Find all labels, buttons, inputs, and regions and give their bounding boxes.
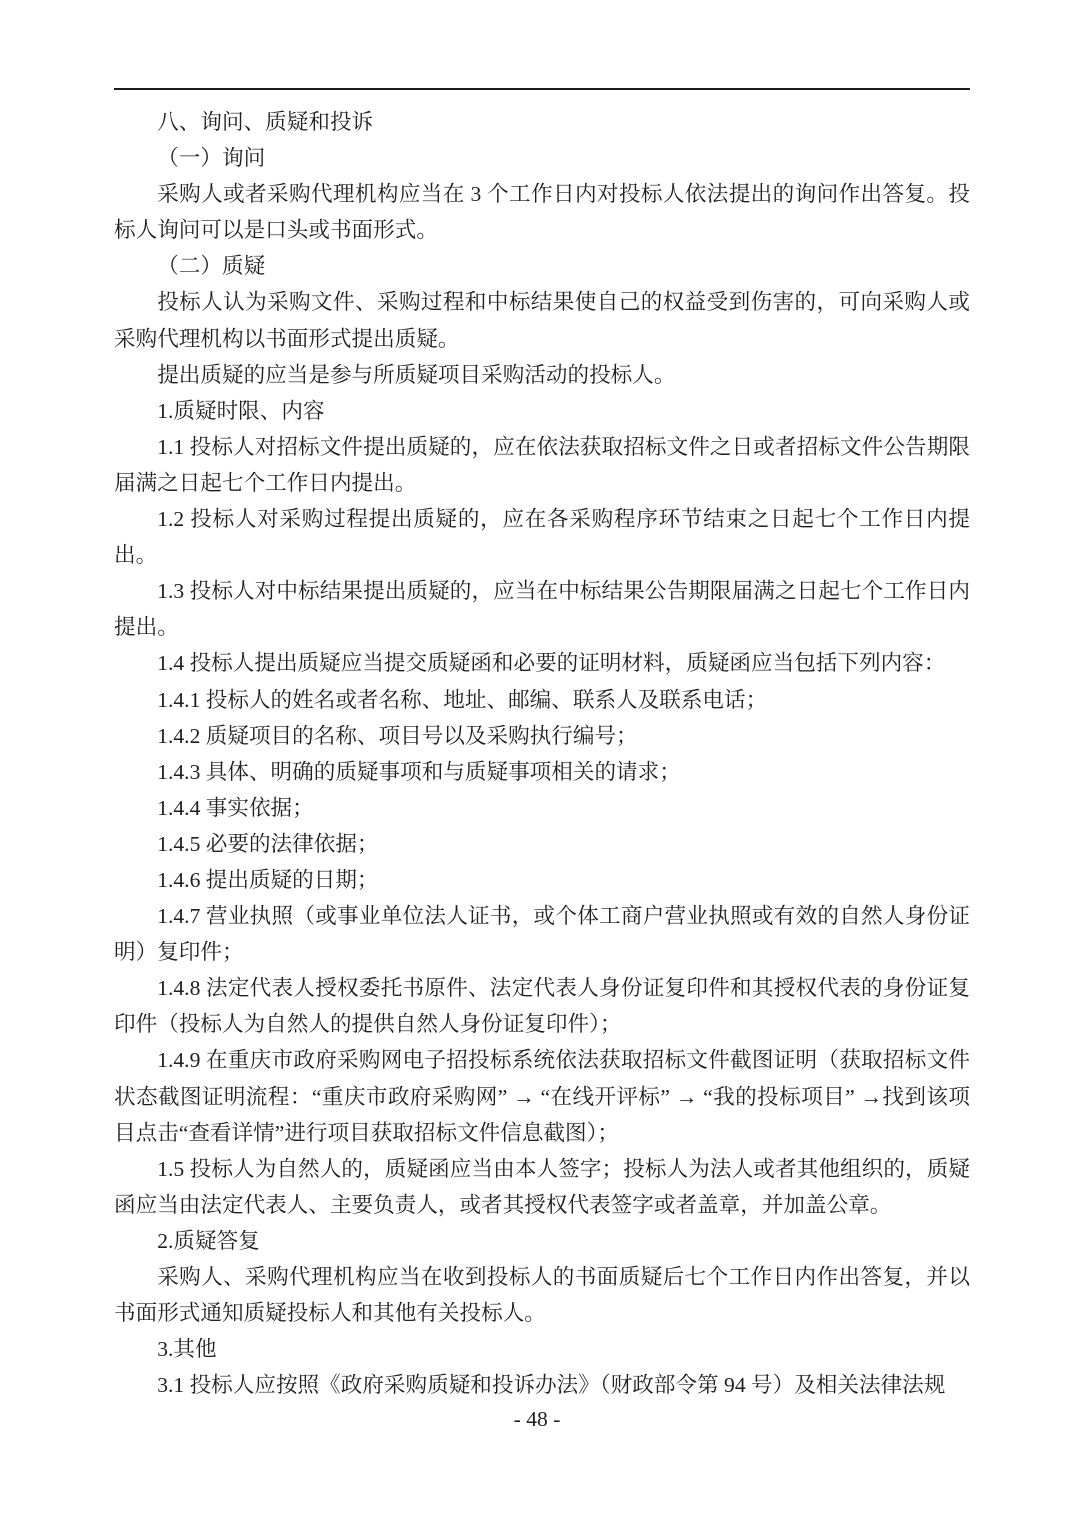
- paragraph: （二）质疑: [114, 248, 970, 284]
- paragraph: 1.4.8 法定代表人授权委托书原件、法定代表人身份证复印件和其授权代表的身份证…: [114, 970, 970, 1042]
- paragraph: 1.2 投标人对采购过程提出质疑的，应在各采购程序环节结束之日起七个工作日内提出…: [114, 501, 970, 573]
- paragraph: 采购人或者采购代理机构应当在 3 个工作日内对投标人依法提出的询问作出答复。投标…: [114, 176, 970, 248]
- document-body: 八、询问、质疑和投诉 （一）询问采购人或者采购代理机构应当在 3 个工作日内对投…: [114, 104, 970, 1403]
- paragraph: 提出质疑的应当是参与所质疑项目采购活动的投标人。: [114, 357, 970, 393]
- header-rule: [114, 88, 970, 90]
- paragraph: 1.4.3 具体、明确的质疑事项和与质疑事项相关的请求；: [114, 754, 970, 790]
- paragraph: 1.3 投标人对中标结果提出质疑的，应当在中标结果公告期限届满之日起七个工作日内…: [114, 573, 970, 645]
- page-number: - 48 -: [0, 1401, 1074, 1437]
- paragraph: 1.4.1 投标人的姓名或者名称、地址、邮编、联系人及联系电话；: [114, 682, 970, 718]
- paragraph: 1.4.9 在重庆市政府采购网电子招投标系统依法获取招标文件截图证明（获取招标文…: [114, 1042, 970, 1150]
- paragraph: 投标人认为采购文件、采购过程和中标结果使自己的权益受到伤害的，可向采购人或采购代…: [114, 284, 970, 356]
- paragraph: 2.质疑答复: [114, 1223, 970, 1259]
- section-heading: 八、询问、质疑和投诉: [114, 104, 970, 140]
- paragraph: 1.5 投标人为自然人的，质疑函应当由本人签字；投标人为法人或者其他组织的，质疑…: [114, 1151, 970, 1223]
- paragraph: 3.其他: [114, 1331, 970, 1367]
- paragraph: 3.1 投标人应按照《政府采购质疑和投诉办法》（财政部令第 94 号）及相关法律…: [114, 1367, 970, 1403]
- paragraph: 1.4.5 必要的法律依据；: [114, 826, 970, 862]
- paragraph: 1.4.6 提出质疑的日期；: [114, 862, 970, 898]
- paragraph: 1.4.7 营业执照（或事业单位法人证书，或个体工商户营业执照或有效的自然人身份…: [114, 898, 970, 970]
- paragraph: 1.1 投标人对招标文件提出质疑的，应在依法获取招标文件之日或者招标文件公告期限…: [114, 429, 970, 501]
- document-page: 八、询问、质疑和投诉 （一）询问采购人或者采购代理机构应当在 3 个工作日内对投…: [0, 0, 1074, 1520]
- paragraph: 1.4.4 事实依据；: [114, 790, 970, 826]
- paragraph: 1.质疑时限、内容: [114, 393, 970, 429]
- paragraph: （一）询问: [114, 140, 970, 176]
- paragraph: 1.4.2 质疑项目的名称、项目号以及采购执行编号；: [114, 718, 970, 754]
- paragraph: 1.4 投标人提出质疑应当提交质疑函和必要的证明材料，质疑函应当包括下列内容：: [114, 645, 970, 681]
- paragraph: 采购人、采购代理机构应当在收到投标人的书面质疑后七个工作日内作出答复，并以书面形…: [114, 1259, 970, 1331]
